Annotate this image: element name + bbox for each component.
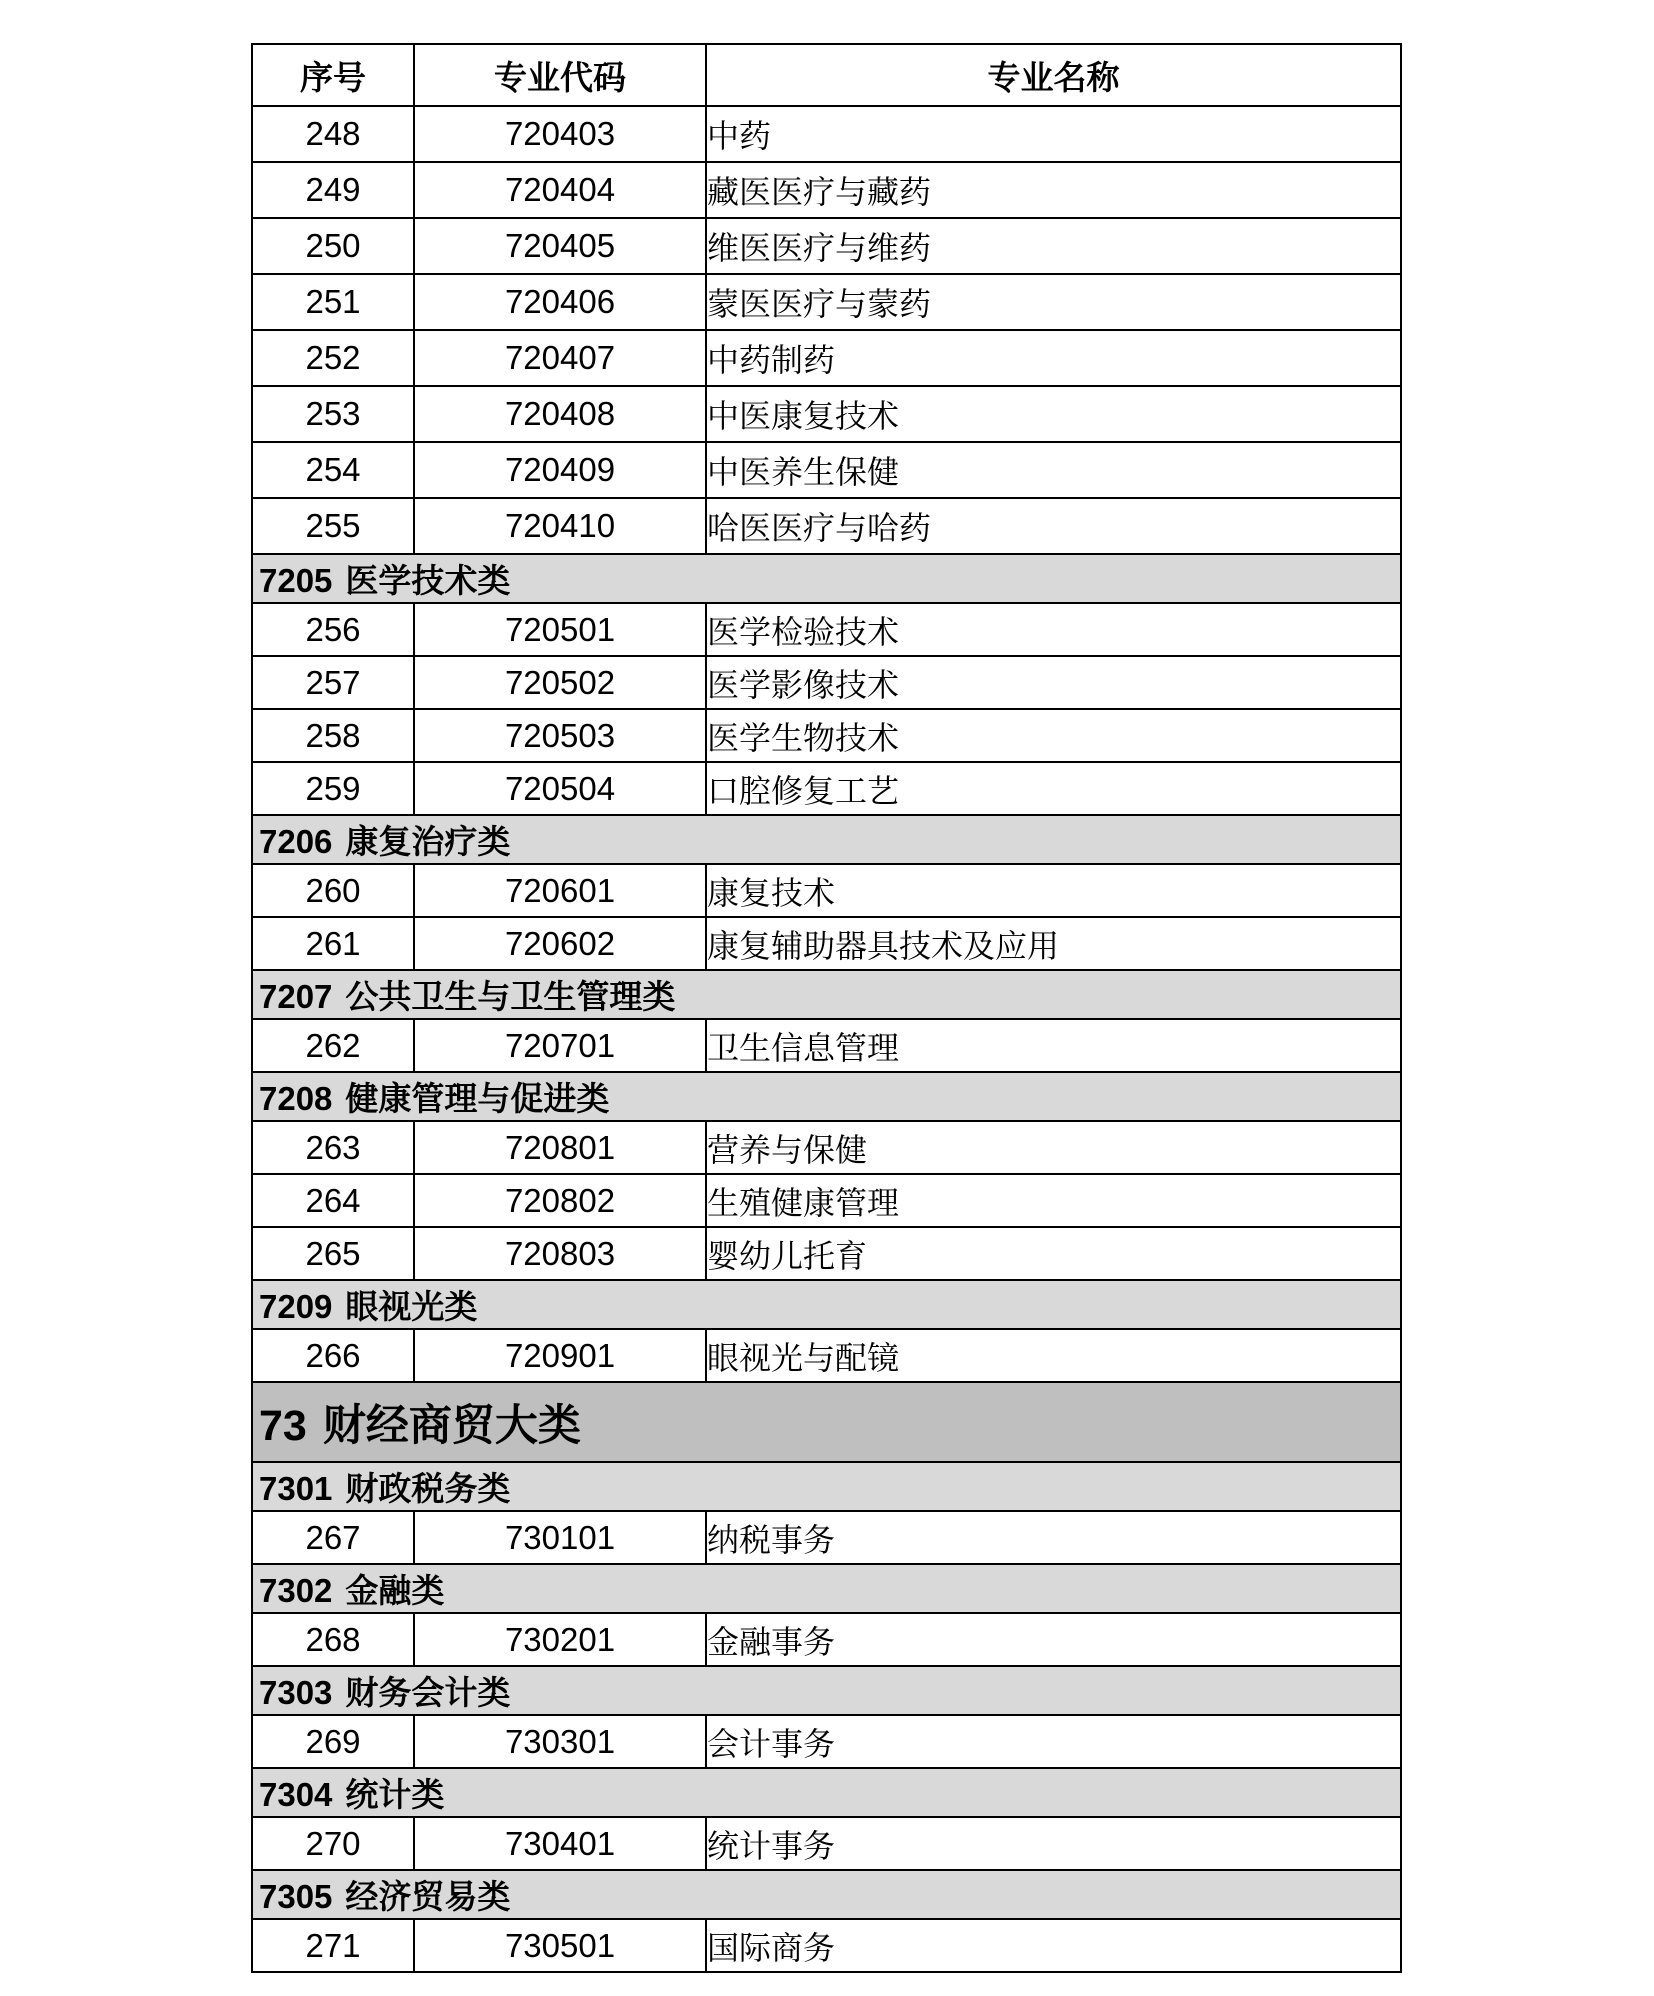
name-cell: 统计事务 bbox=[706, 1817, 1401, 1870]
table-row: 259720504口腔修复工艺 bbox=[252, 762, 1401, 815]
name-cell: 会计事务 bbox=[706, 1715, 1401, 1768]
name-cell: 维医医疗与维药 bbox=[706, 218, 1401, 274]
section-row: 7303财务会计类 bbox=[252, 1666, 1401, 1715]
section-title: 财经商贸大类 bbox=[323, 1403, 581, 1450]
section-code: 7303 bbox=[259, 1674, 332, 1711]
code-cell: 720803 bbox=[414, 1227, 706, 1280]
section-code: 7305 bbox=[259, 1878, 332, 1915]
serial-cell: 264 bbox=[252, 1174, 414, 1227]
code-cell: 720801 bbox=[414, 1121, 706, 1174]
table-row: 264720802生殖健康管理 bbox=[252, 1174, 1401, 1227]
serial-cell: 256 bbox=[252, 603, 414, 656]
section-cell: 7305经济贸易类 bbox=[252, 1870, 1401, 1919]
section-cell: 7209眼视光类 bbox=[252, 1280, 1401, 1329]
section-cell: 7302金融类 bbox=[252, 1564, 1401, 1613]
header-row: 序号 专业代码 专业名称 bbox=[252, 44, 1401, 106]
code-cell: 720407 bbox=[414, 330, 706, 386]
table-row: 271730501国际商务 bbox=[252, 1919, 1401, 1972]
code-cell: 730401 bbox=[414, 1817, 706, 1870]
serial-cell: 253 bbox=[252, 386, 414, 442]
table-row: 270730401统计事务 bbox=[252, 1817, 1401, 1870]
code-cell: 720601 bbox=[414, 864, 706, 917]
name-cell: 营养与保健 bbox=[706, 1121, 1401, 1174]
name-cell: 医学影像技术 bbox=[706, 656, 1401, 709]
name-cell: 卫生信息管理 bbox=[706, 1019, 1401, 1072]
serial-cell: 258 bbox=[252, 709, 414, 762]
section-title: 医学技术类 bbox=[345, 564, 510, 600]
table-row: 260720601康复技术 bbox=[252, 864, 1401, 917]
name-cell: 纳税事务 bbox=[706, 1511, 1401, 1564]
section-cell: 7205医学技术类 bbox=[252, 554, 1401, 603]
section-title: 财政税务类 bbox=[345, 1472, 510, 1508]
code-cell: 730101 bbox=[414, 1511, 706, 1564]
section-row: 7301财政税务类 bbox=[252, 1462, 1401, 1511]
section-cell: 7304统计类 bbox=[252, 1768, 1401, 1817]
section-code: 7209 bbox=[259, 1288, 332, 1325]
section-code: 7304 bbox=[259, 1776, 332, 1813]
name-cell: 医学检验技术 bbox=[706, 603, 1401, 656]
name-cell: 哈医医疗与哈药 bbox=[706, 498, 1401, 554]
table-row: 249720404藏医医疗与藏药 bbox=[252, 162, 1401, 218]
section-row: 7208健康管理与促进类 bbox=[252, 1072, 1401, 1121]
name-cell: 婴幼儿托育 bbox=[706, 1227, 1401, 1280]
code-cell: 730301 bbox=[414, 1715, 706, 1768]
name-cell: 国际商务 bbox=[706, 1919, 1401, 1972]
name-cell: 生殖健康管理 bbox=[706, 1174, 1401, 1227]
header-code: 专业代码 bbox=[414, 44, 706, 106]
section-title: 金融类 bbox=[345, 1574, 444, 1610]
code-cell: 720406 bbox=[414, 274, 706, 330]
section-row: 7207公共卫生与卫生管理类 bbox=[252, 970, 1401, 1019]
table-row: 255720410哈医医疗与哈药 bbox=[252, 498, 1401, 554]
code-cell: 720410 bbox=[414, 498, 706, 554]
table-row: 263720801营养与保健 bbox=[252, 1121, 1401, 1174]
section-title: 健康管理与促进类 bbox=[345, 1082, 609, 1118]
serial-cell: 271 bbox=[252, 1919, 414, 1972]
section-row: 7205医学技术类 bbox=[252, 554, 1401, 603]
table-row: 253720408中医康复技术 bbox=[252, 386, 1401, 442]
serial-cell: 254 bbox=[252, 442, 414, 498]
section-row: 7206康复治疗类 bbox=[252, 815, 1401, 864]
code-cell: 720502 bbox=[414, 656, 706, 709]
name-cell: 口腔修复工艺 bbox=[706, 762, 1401, 815]
table-row: 268730201金融事务 bbox=[252, 1613, 1401, 1666]
table-row: 256720501医学检验技术 bbox=[252, 603, 1401, 656]
code-cell: 720404 bbox=[414, 162, 706, 218]
section-code: 7208 bbox=[259, 1080, 332, 1117]
serial-cell: 252 bbox=[252, 330, 414, 386]
serial-cell: 269 bbox=[252, 1715, 414, 1768]
section-row: 7209眼视光类 bbox=[252, 1280, 1401, 1329]
serial-cell: 266 bbox=[252, 1329, 414, 1382]
section-code: 7302 bbox=[259, 1572, 332, 1609]
serial-cell: 250 bbox=[252, 218, 414, 274]
header-serial: 序号 bbox=[252, 44, 414, 106]
serial-cell: 270 bbox=[252, 1817, 414, 1870]
code-cell: 720701 bbox=[414, 1019, 706, 1072]
code-cell: 720901 bbox=[414, 1329, 706, 1382]
section-title: 公共卫生与卫生管理类 bbox=[345, 980, 675, 1016]
table-row: 248720403中药 bbox=[252, 106, 1401, 162]
major-section-row: 73财经商贸大类 bbox=[252, 1382, 1401, 1462]
section-title: 眼视光类 bbox=[345, 1290, 477, 1326]
name-cell: 藏医医疗与藏药 bbox=[706, 162, 1401, 218]
name-cell: 中医养生保健 bbox=[706, 442, 1401, 498]
code-cell: 720501 bbox=[414, 603, 706, 656]
serial-cell: 255 bbox=[252, 498, 414, 554]
table-row: 258720503医学生物技术 bbox=[252, 709, 1401, 762]
table-row: 269730301会计事务 bbox=[252, 1715, 1401, 1768]
majors-table: 序号 专业代码 专业名称 248720403中药249720404藏医医疗与藏药… bbox=[251, 43, 1402, 1973]
section-title: 经济贸易类 bbox=[345, 1880, 510, 1916]
serial-cell: 263 bbox=[252, 1121, 414, 1174]
name-cell: 中医康复技术 bbox=[706, 386, 1401, 442]
section-code: 7206 bbox=[259, 823, 332, 860]
section-title: 康复治疗类 bbox=[345, 825, 510, 861]
code-cell: 720503 bbox=[414, 709, 706, 762]
serial-cell: 265 bbox=[252, 1227, 414, 1280]
section-cell: 7208健康管理与促进类 bbox=[252, 1072, 1401, 1121]
serial-cell: 267 bbox=[252, 1511, 414, 1564]
table-body: 248720403中药249720404藏医医疗与藏药250720405维医医疗… bbox=[252, 106, 1401, 1972]
table-row: 257720502医学影像技术 bbox=[252, 656, 1401, 709]
serial-cell: 268 bbox=[252, 1613, 414, 1666]
serial-cell: 249 bbox=[252, 162, 414, 218]
name-cell: 眼视光与配镜 bbox=[706, 1329, 1401, 1382]
code-cell: 720403 bbox=[414, 106, 706, 162]
table-row: 252720407中药制药 bbox=[252, 330, 1401, 386]
section-code: 73 bbox=[259, 1402, 307, 1450]
section-cell: 7207公共卫生与卫生管理类 bbox=[252, 970, 1401, 1019]
table-row: 267730101纳税事务 bbox=[252, 1511, 1401, 1564]
section-code: 7301 bbox=[259, 1470, 332, 1507]
serial-cell: 251 bbox=[252, 274, 414, 330]
table-header: 序号 专业代码 专业名称 bbox=[252, 44, 1401, 106]
code-cell: 730201 bbox=[414, 1613, 706, 1666]
name-cell: 康复技术 bbox=[706, 864, 1401, 917]
code-cell: 720409 bbox=[414, 442, 706, 498]
name-cell: 医学生物技术 bbox=[706, 709, 1401, 762]
header-name: 专业名称 bbox=[706, 44, 1401, 106]
section-title: 统计类 bbox=[345, 1778, 444, 1814]
major-section-cell: 73财经商贸大类 bbox=[252, 1382, 1401, 1462]
section-cell: 7301财政税务类 bbox=[252, 1462, 1401, 1511]
section-title: 财务会计类 bbox=[345, 1676, 510, 1712]
table-row: 265720803婴幼儿托育 bbox=[252, 1227, 1401, 1280]
table-row: 250720405维医医疗与维药 bbox=[252, 218, 1401, 274]
serial-cell: 257 bbox=[252, 656, 414, 709]
table-row: 266720901眼视光与配镜 bbox=[252, 1329, 1401, 1382]
table-row: 251720406蒙医医疗与蒙药 bbox=[252, 274, 1401, 330]
serial-cell: 261 bbox=[252, 917, 414, 970]
code-cell: 720408 bbox=[414, 386, 706, 442]
code-cell: 720504 bbox=[414, 762, 706, 815]
serial-cell: 259 bbox=[252, 762, 414, 815]
code-cell: 720802 bbox=[414, 1174, 706, 1227]
code-cell: 720602 bbox=[414, 917, 706, 970]
name-cell: 中药制药 bbox=[706, 330, 1401, 386]
serial-cell: 260 bbox=[252, 864, 414, 917]
section-cell: 7206康复治疗类 bbox=[252, 815, 1401, 864]
name-cell: 康复辅助器具技术及应用 bbox=[706, 917, 1401, 970]
table-row: 254720409中医养生保健 bbox=[252, 442, 1401, 498]
name-cell: 蒙医医疗与蒙药 bbox=[706, 274, 1401, 330]
table-row: 261720602康复辅助器具技术及应用 bbox=[252, 917, 1401, 970]
section-cell: 7303财务会计类 bbox=[252, 1666, 1401, 1715]
name-cell: 中药 bbox=[706, 106, 1401, 162]
document-page: 序号 专业代码 专业名称 248720403中药249720404藏医医疗与藏药… bbox=[0, 0, 1654, 1996]
table-row: 262720701卫生信息管理 bbox=[252, 1019, 1401, 1072]
code-cell: 730501 bbox=[414, 1919, 706, 1972]
section-row: 7304统计类 bbox=[252, 1768, 1401, 1817]
serial-cell: 262 bbox=[252, 1019, 414, 1072]
section-code: 7205 bbox=[259, 562, 332, 599]
name-cell: 金融事务 bbox=[706, 1613, 1401, 1666]
section-row: 7305经济贸易类 bbox=[252, 1870, 1401, 1919]
serial-cell: 248 bbox=[252, 106, 414, 162]
section-code: 7207 bbox=[259, 978, 332, 1015]
section-row: 7302金融类 bbox=[252, 1564, 1401, 1613]
code-cell: 720405 bbox=[414, 218, 706, 274]
